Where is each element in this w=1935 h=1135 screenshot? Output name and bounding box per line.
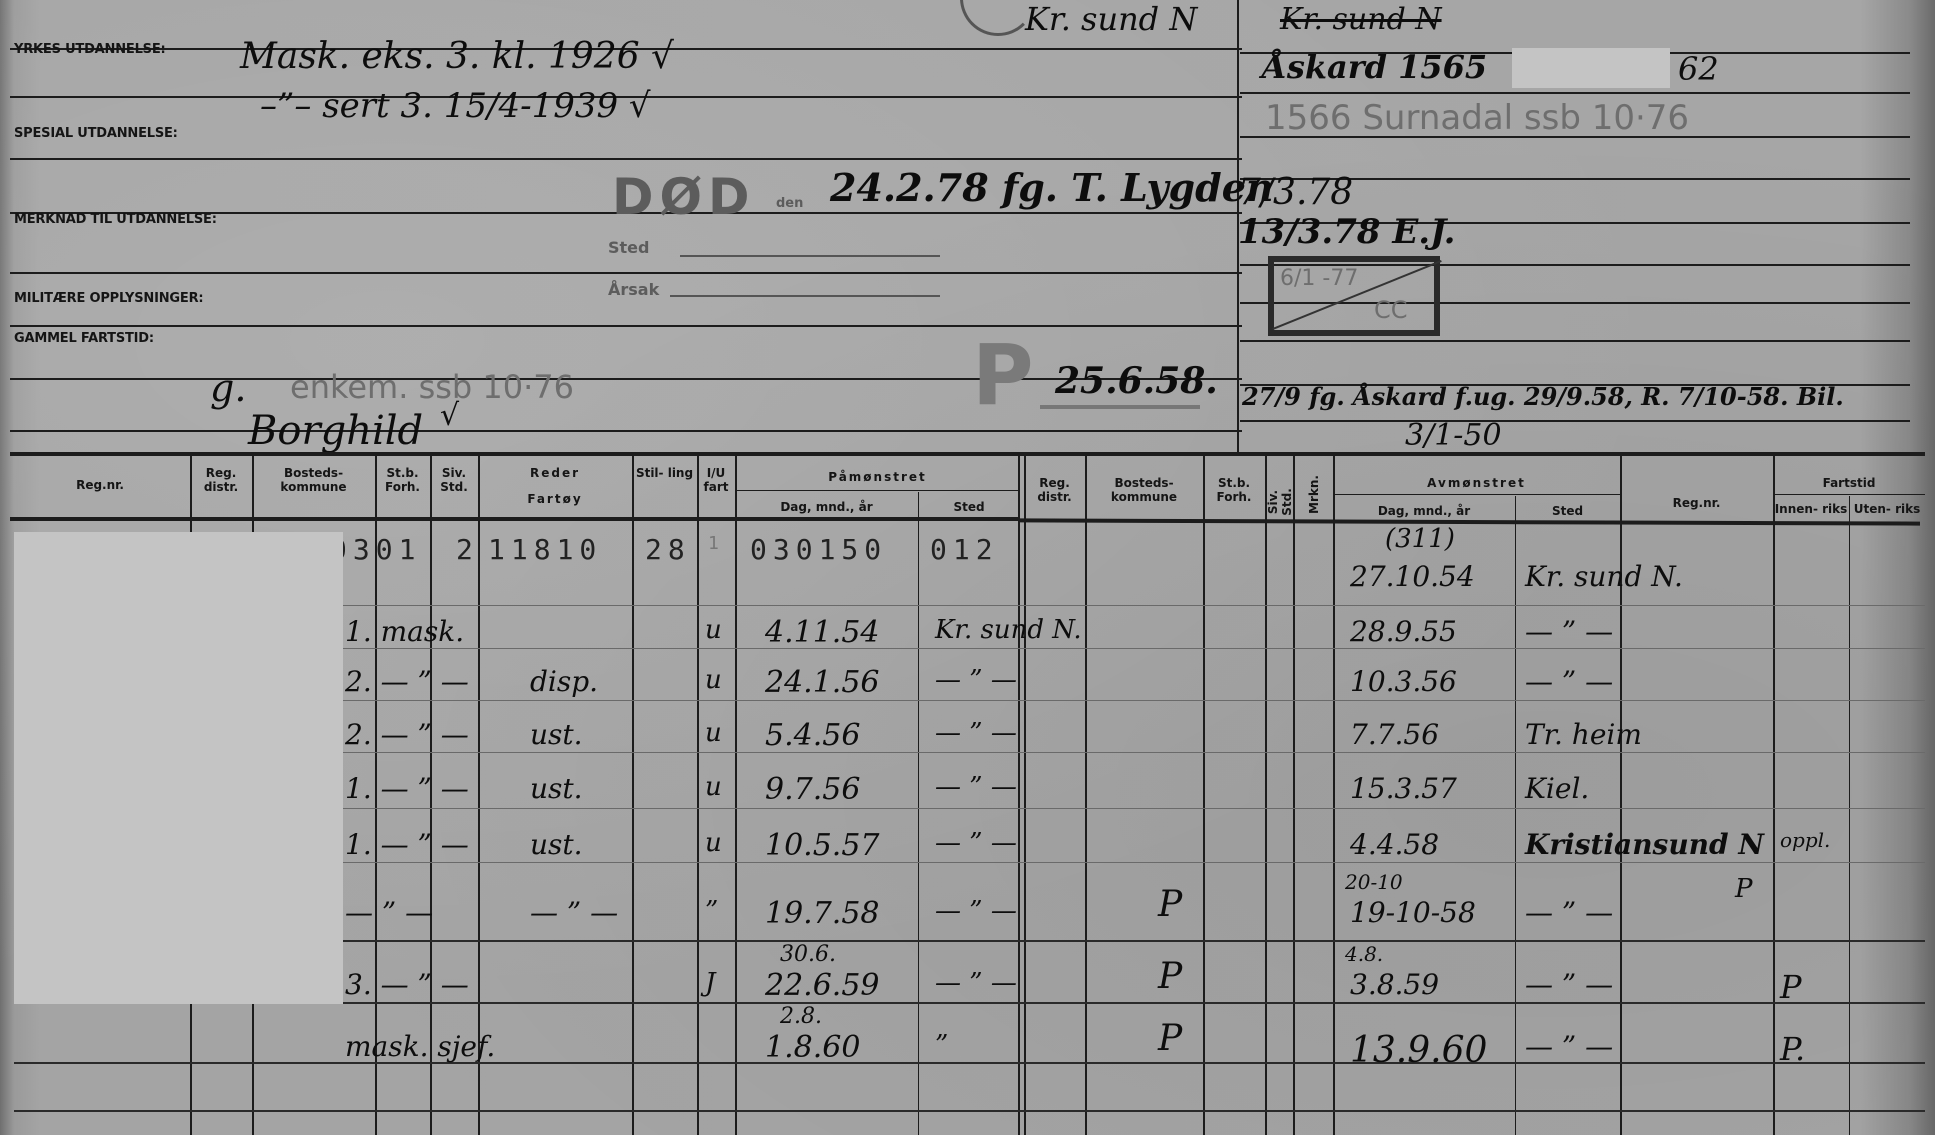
rule <box>1240 92 1910 94</box>
cell-pam-sted: — ” — <box>935 828 1017 858</box>
th-avmonstret: Avmønstret <box>1333 476 1620 490</box>
cell-pam-dag: 4.11.54 <box>765 615 880 650</box>
cell-iu: u <box>705 828 722 858</box>
spouse-name: Borghild <box>248 408 423 454</box>
row-line <box>14 1062 1925 1064</box>
cell-avm-sted: Kiel. <box>1525 772 1589 805</box>
th-r-stb: St.b. Forh. <box>1203 476 1265 504</box>
remark-line-1: 27/9 fg. Åskard f.ug. 29/9.58, R. 7/10-5… <box>1242 382 1844 411</box>
th-r-bosteds: Bosteds- kommune <box>1085 476 1203 504</box>
cell-pam-sted: — ” — <box>935 968 1017 998</box>
cell-pam-dag: 10.5.57 <box>765 828 880 863</box>
p-date: 25.6.58. <box>1055 360 1218 402</box>
death-stamp-arsak: Årsak <box>608 280 659 299</box>
th-pam-sted: Sted <box>918 500 1020 514</box>
typed-stilling: 28 <box>645 533 691 566</box>
redaction-box <box>1512 48 1670 88</box>
th-stb: St.b. Forh. <box>375 466 430 494</box>
subcolumn-line <box>1515 496 1516 1135</box>
death-stamp: DØD <box>612 168 756 226</box>
yrkes-line-2: –”– sert 3. 15/4-1939 √ <box>260 86 651 126</box>
th-pamonstret: Påmønstret <box>735 470 1020 484</box>
th-r-siv: Siv. Std. <box>1266 484 1294 520</box>
typed-bosteds: 0301 <box>330 533 421 566</box>
cell-right-mark: P <box>1158 1018 1182 1059</box>
column-line <box>1773 455 1775 1135</box>
stamp-line <box>670 295 940 297</box>
avm-note: (311) <box>1385 524 1455 554</box>
th-siv: Siv. Std. <box>430 466 478 494</box>
th-iu: I/U fart <box>697 466 735 494</box>
note-13-3: 13/3.78 E.J. <box>1238 212 1455 252</box>
th-fartstid: Fartstid <box>1773 476 1925 490</box>
cell-pam-sted: — ” — <box>935 772 1017 802</box>
th-avm-sted: Sted <box>1515 504 1620 518</box>
column-line <box>1620 455 1622 1135</box>
cell-pam-dag-above: 30.6. <box>780 942 836 967</box>
subheader-rule <box>735 490 1020 491</box>
label-spesial-utdannelse: SPESIAL UTDANNELSE: <box>14 126 178 141</box>
death-stamp-sted: Sted <box>608 238 649 257</box>
cell-avm-dag: 3.8.59 <box>1350 968 1439 1001</box>
table-header-bottom <box>10 517 1020 521</box>
cell-pam-sted: — ” — <box>935 718 1017 748</box>
typed-dag: 030150 <box>750 533 887 566</box>
th-fartoy: Fartøy <box>478 492 632 506</box>
cell-iu: u <box>705 772 722 802</box>
column-line <box>697 455 699 1135</box>
stamp-line <box>680 255 940 257</box>
label-gammel-fartstid: GAMMEL FARTSTID: <box>14 331 154 346</box>
cell-iu: u <box>705 718 722 748</box>
cell-stilling: — ” — <box>345 896 433 929</box>
cell-avm-dag: 4.4.58 <box>1350 828 1439 861</box>
cell-avm-dag: 28.9.55 <box>1350 615 1457 648</box>
cell-pam-dag: 22.6.59 <box>765 968 880 1003</box>
cell-pam-sted: Kr. sund N. <box>935 615 1082 645</box>
redaction-box <box>14 532 343 1004</box>
cell-avm-sted: — ” — <box>1525 896 1613 929</box>
cell-fartstid: P. <box>1780 1030 1805 1068</box>
cell-right-mark: P <box>1158 956 1182 997</box>
th-avm-dag: Dag, mnd., år <box>1333 504 1515 518</box>
th-r-regnr: Reg.nr. <box>1620 496 1773 510</box>
cell-reder: ust. <box>530 828 583 861</box>
column-line <box>1203 455 1205 1135</box>
column-line <box>632 455 634 1135</box>
column-line <box>1085 455 1087 1135</box>
th-reder: Reder <box>478 466 632 480</box>
subcolumn-line <box>918 492 919 1135</box>
box-stamp: 6/1 -77 CC <box>1268 256 1440 336</box>
cell-stilling: 1. — ” — <box>345 828 469 861</box>
subheader-rule <box>1773 494 1925 495</box>
cell-avm-sted: Kristiansund N <box>1525 828 1764 861</box>
cell-avm-dag: 10.3.56 <box>1350 665 1457 698</box>
cell-reder: ust. <box>530 718 583 751</box>
cell-pam-dag: 24.1.56 <box>765 665 880 700</box>
column-line <box>735 455 737 1135</box>
cell-stilling: mask. sjef. <box>345 1030 495 1063</box>
cell-iu: u <box>705 665 722 695</box>
th-pam-dag: Dag, mnd., år <box>735 500 918 514</box>
typed-reder: 11810 <box>488 533 602 566</box>
cell-reder: — ” — <box>530 896 618 929</box>
cell-pam-sted: — ” — <box>935 665 1017 695</box>
cell-stilling: 2. — ” — <box>345 665 469 698</box>
cell-avm-dag-above: 4.8. <box>1345 942 1383 966</box>
remark-line-2: 3/1-50 <box>1405 418 1502 453</box>
cell-avm-dag-above: 20-10 <box>1345 870 1403 894</box>
th-r-regdistr: Reg. distr. <box>1024 476 1085 504</box>
cell-reder: disp. <box>530 665 598 698</box>
typed-iu: 1 <box>708 533 725 554</box>
spouse-pencil: enkem. ssb 10·76 <box>290 368 574 406</box>
cell-pam-dag: 1.8.60 <box>765 1030 860 1065</box>
th-regdistr: Reg. distr. <box>190 466 252 494</box>
column-line <box>1018 455 1020 1135</box>
rule <box>10 272 1242 274</box>
row-line <box>14 1110 1925 1112</box>
cell-avm-sted: — ” — <box>1525 665 1613 698</box>
cell-iu: J <box>705 968 715 998</box>
typed-sted: 012 <box>930 533 999 566</box>
column-line <box>1024 455 1026 1135</box>
th-stilling: Stil- ling <box>632 466 697 480</box>
cell-pam-dag: 19.7.58 <box>765 896 880 931</box>
cell-avm-sted: Kr. sund N. <box>1525 560 1683 593</box>
box-stamp-initials: CC <box>1374 296 1408 324</box>
rule <box>10 158 1242 160</box>
cell-pam-dag-above: 2.8. <box>780 1004 822 1029</box>
cell-pam-dag: 9.7.56 <box>765 772 860 807</box>
struck-location: Kr. sund N <box>1280 2 1442 37</box>
spouse-mark: √ <box>440 398 459 433</box>
cell-avm-dag: 27.10.54 <box>1350 560 1475 593</box>
cell-fartstid: P <box>1780 968 1802 1006</box>
subheader-rule <box>1333 494 1620 495</box>
yrkes-line-1: Mask. eks. 3. kl. 1926 √ <box>240 36 674 77</box>
pencil-note-right: 1566 Surnadal ssb 10·76 <box>1265 98 1689 138</box>
address-suffix: 62 <box>1678 50 1719 88</box>
box-stamp-text: 6/1 -77 <box>1280 266 1358 291</box>
address-line: Åskard 1565 <box>1262 48 1487 86</box>
p-underline <box>1040 405 1200 409</box>
cell-iu: ” <box>705 896 718 926</box>
label-militaere-opplysninger: MILITÆRE OPPLYSNINGER: <box>14 291 203 306</box>
column-line <box>1265 455 1267 1135</box>
cell-pam-sted: ” <box>935 1030 948 1060</box>
cell-iu: u <box>705 615 722 645</box>
rule <box>1240 340 1910 342</box>
death-date: 24.2.78 fg. T. Lygden <box>830 165 1274 210</box>
typed-siv: 2 <box>456 533 479 566</box>
cell-right-mark: P <box>1158 884 1182 925</box>
cell-avm-dag: 19-10-58 <box>1350 896 1476 929</box>
cell-stilling: 1. — ” — <box>345 772 469 805</box>
cell-stilling: 3. — ” — <box>345 968 469 1001</box>
cell-pam-dag: 5.4.56 <box>765 718 860 753</box>
th-bosteds: Bosteds- kommune <box>252 466 375 494</box>
death-stamp-den: den <box>776 196 803 211</box>
label-merknad-til-utdannelse: MERKNAD TIL UTDANNELSE: <box>14 212 217 227</box>
p-stamp: P <box>972 326 1034 424</box>
cell-reder: ust. <box>530 772 583 805</box>
column-line <box>1333 455 1335 1135</box>
th-r-mrkn: Mrkn. <box>1307 476 1321 514</box>
cell-fartstid: oppl. <box>1780 828 1830 852</box>
rule <box>10 325 1242 327</box>
spouse-prefix: g. <box>210 366 246 410</box>
subcolumn-line <box>1849 496 1850 1135</box>
seaman-record-card: YRKES UTDANNELSE: SPESIAL UTDANNELSE: ME… <box>0 0 1935 1135</box>
label-yrkes-utdannelse: YRKES UTDANNELSE: <box>14 42 166 57</box>
cell-stilling: 1. mask. <box>345 615 464 648</box>
th-innenriks: Innen- riks <box>1773 502 1849 516</box>
cell-avm-sted: — ” — <box>1525 968 1613 1001</box>
column-line <box>1293 455 1295 1135</box>
th-utenriks: Uten- riks <box>1849 502 1925 516</box>
cell-avm-sted: — ” — <box>1525 615 1613 648</box>
cell-avm-p: P <box>1735 874 1753 904</box>
cell-pam-sted: — ” — <box>935 896 1017 926</box>
cell-stilling: 2. — ” — <box>345 718 469 751</box>
cell-avm-dag: 13.9.60 <box>1350 1030 1487 1071</box>
cell-avm-dag: 15.3.57 <box>1350 772 1457 805</box>
note-7-3: 7/3.78 <box>1238 172 1353 213</box>
cell-avm-sted: Tr. heim <box>1525 718 1642 751</box>
cell-avm-dag: 7.7.56 <box>1350 718 1439 751</box>
rule <box>1240 420 1910 422</box>
table-header-bottom <box>1020 518 1920 525</box>
cell-avm-sted: — ” — <box>1525 1030 1613 1063</box>
rule <box>10 430 1242 432</box>
top-center-location: Kr. sund N <box>1025 0 1197 38</box>
table-top-border <box>10 452 1925 456</box>
th-regnr: Reg.nr. <box>10 478 190 492</box>
